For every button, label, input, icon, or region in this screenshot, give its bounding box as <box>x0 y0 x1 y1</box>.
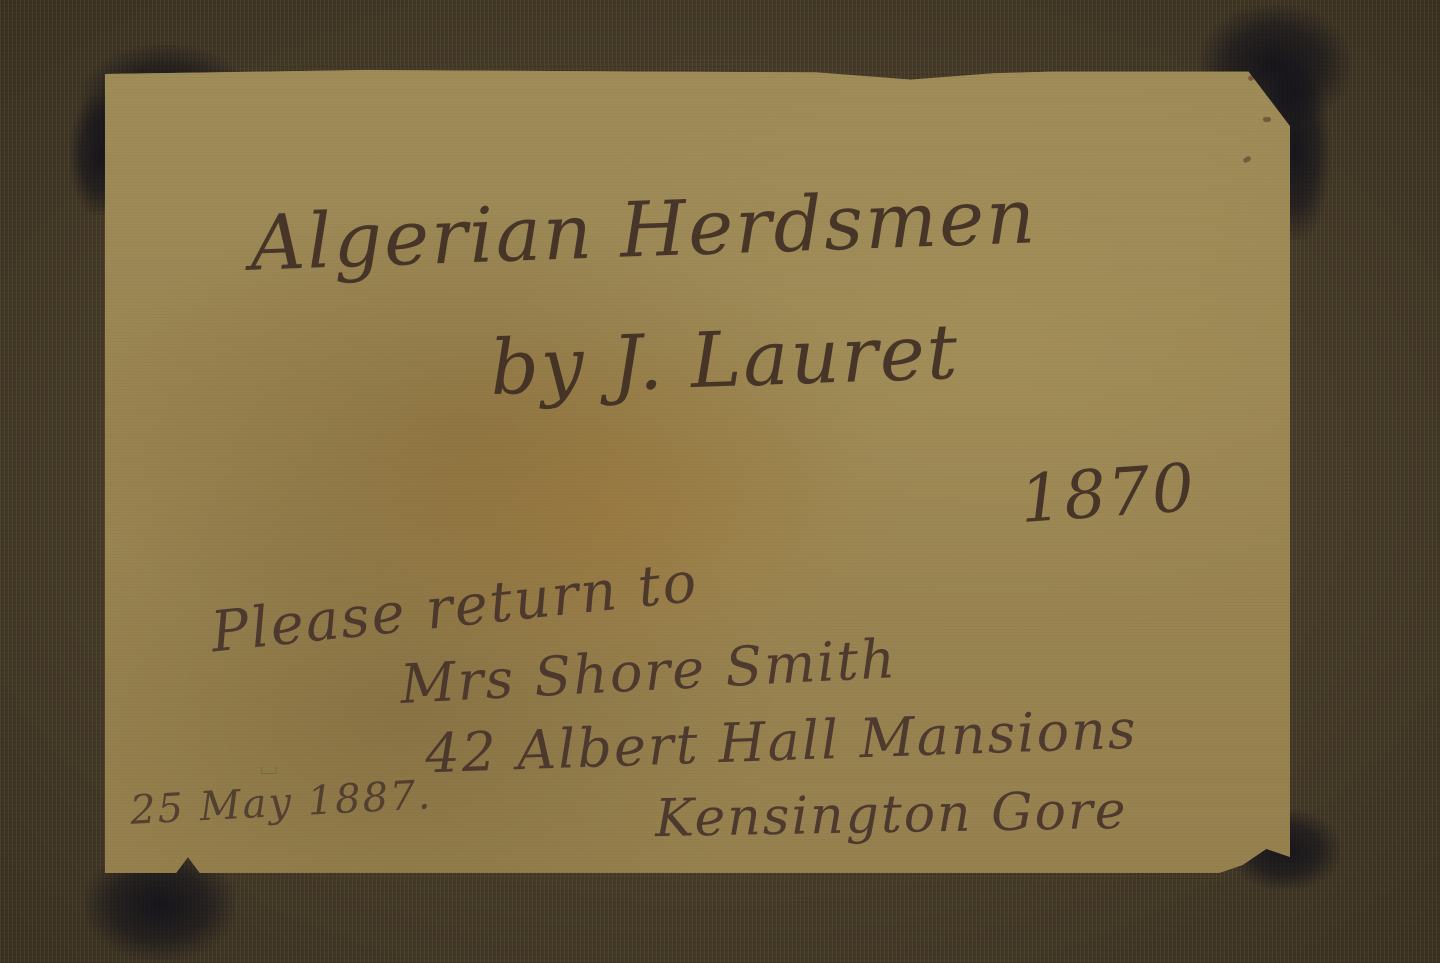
artist-name: by J. Lauret <box>489 307 961 412</box>
artwork-year: 1870 <box>1018 449 1199 538</box>
paper-label: Algerian Herdsmen by J. Lauret 1870 Plea… <box>105 70 1290 873</box>
ink-dot <box>1242 155 1251 163</box>
ink-dot <box>1247 73 1256 81</box>
pencil-mark: ⌴ <box>260 755 280 780</box>
label-date: 25 May 1887. <box>129 772 433 834</box>
recipient-name: Mrs Shore Smith <box>399 627 899 716</box>
address-line-1: 42 Albert Hall Mansions <box>424 698 1138 786</box>
address-line-2: Kensington Gore <box>655 781 1128 849</box>
ink-dot <box>1263 117 1271 122</box>
artwork-title: Algerian Herdsmen <box>249 171 1039 287</box>
